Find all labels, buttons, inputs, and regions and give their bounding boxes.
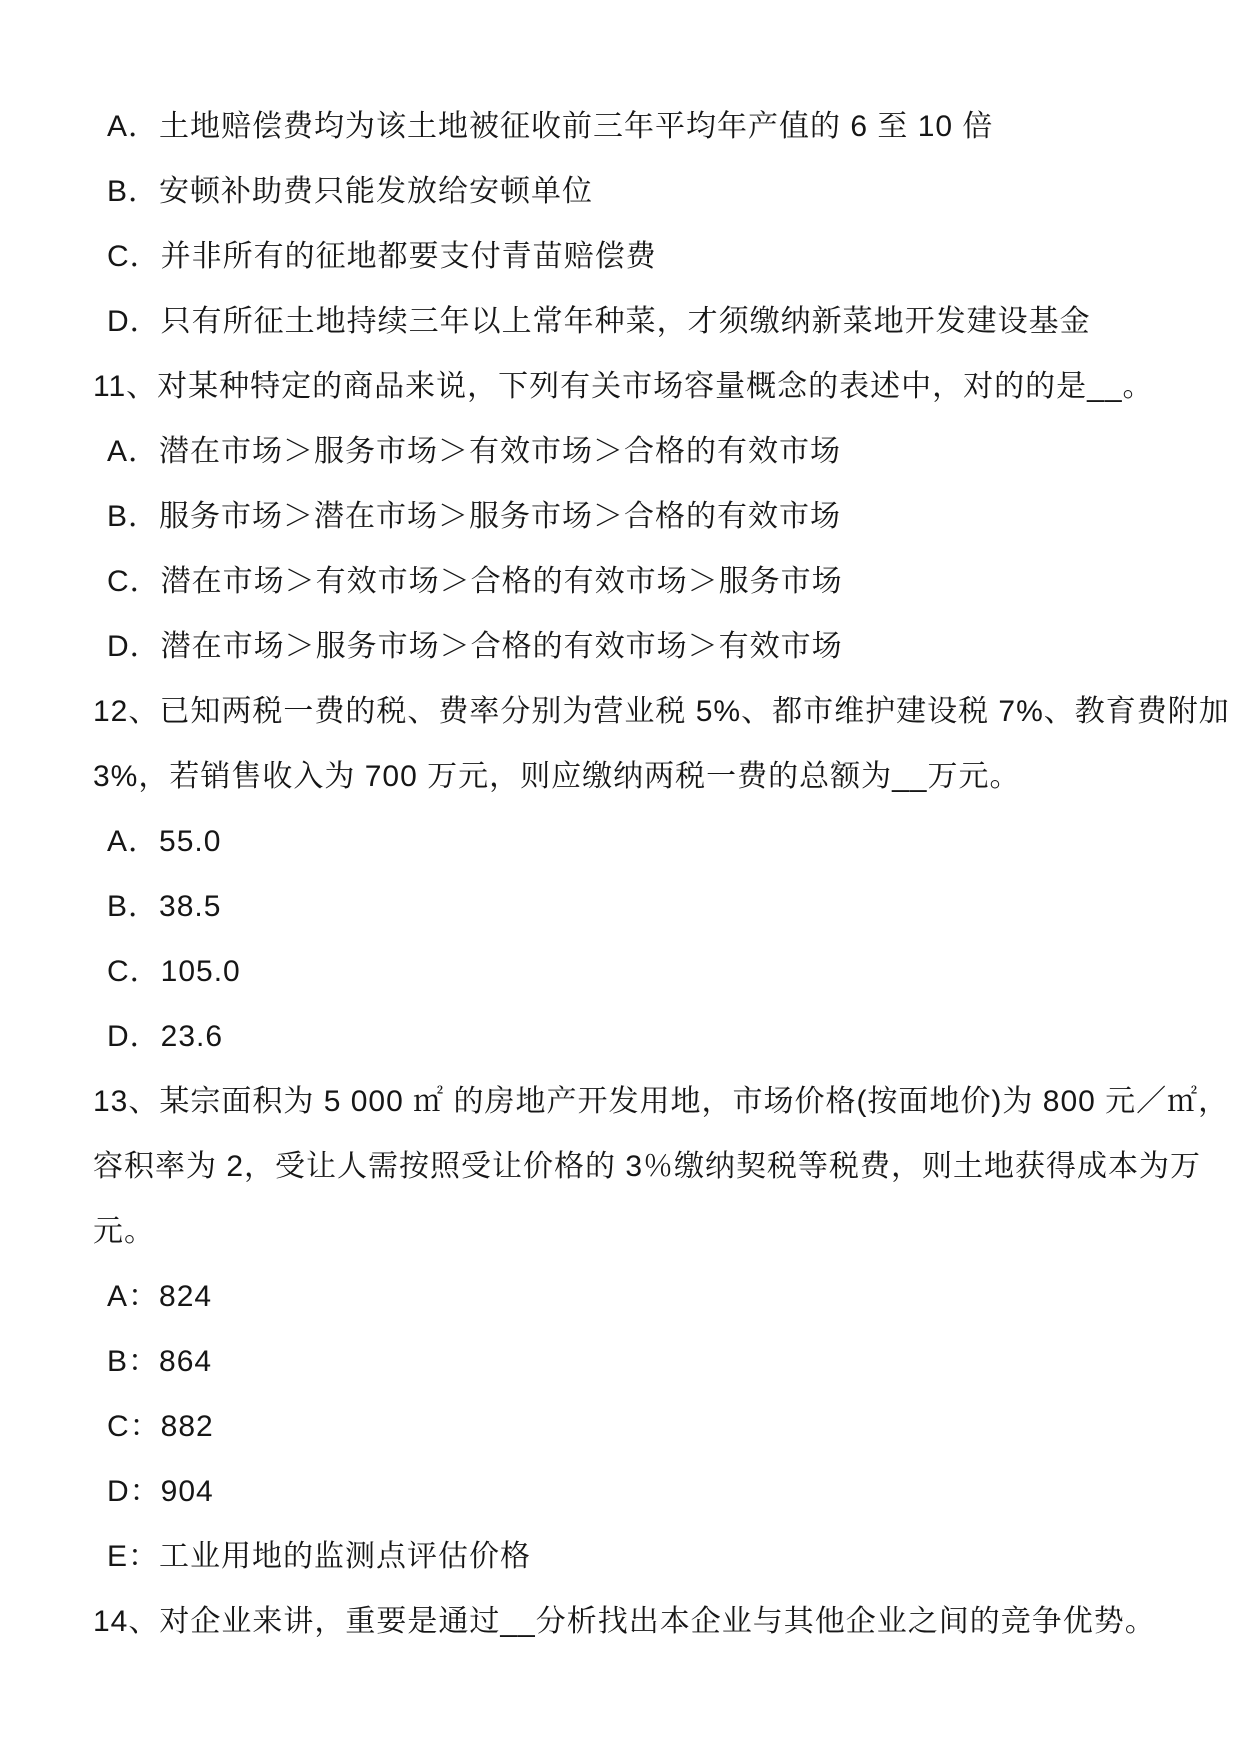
q13-stem-line-3: 元。 <box>0 1199 1240 1264</box>
q11-option-b: B．服务市场＞潜在市场＞服务市场＞合格的有效市场 <box>0 484 1240 549</box>
q13-stem-line-1: 13、某宗面积为 5 000 ㎡ 的房地产开发用地，市场价格(按面地价)为 80… <box>0 1069 1240 1134</box>
q12-option-b: B．38.5 <box>0 874 1240 939</box>
q13-option-c: C：882 <box>0 1394 1240 1459</box>
q13-option-a: A：824 <box>0 1264 1240 1329</box>
question-block-11: 11、对某种特定的商品来说，下列有关市场容量概念的表述中，对的的是__。 A．潜… <box>0 354 1240 679</box>
exam-document-page: A．土地赔偿费均为该土地被征收前三年平均年产值的 6 至 10 倍 B．安顿补助… <box>0 0 1240 1753</box>
q14-stem: 14、对企业来讲，重要是通过__分析找出本企业与其他企业之间的竞争优势。 <box>0 1589 1240 1654</box>
q13-stem-line-2: 容积率为 2，受让人需按照受让价格的 3％缴纳契税等税费，则土地获得成本为万 <box>0 1134 1240 1199</box>
q13-option-b: B：864 <box>0 1329 1240 1394</box>
q12-option-c: C．105.0 <box>0 939 1240 1004</box>
q11-stem: 11、对某种特定的商品来说，下列有关市场容量概念的表述中，对的的是__。 <box>0 354 1240 419</box>
q11-option-d: D．潜在市场＞服务市场＞合格的有效市场＞有效市场 <box>0 614 1240 679</box>
q10-option-c: C．并非所有的征地都要支付青苗赔偿费 <box>0 224 1240 289</box>
question-block-13: 13、某宗面积为 5 000 ㎡ 的房地产开发用地，市场价格(按面地价)为 80… <box>0 1069 1240 1589</box>
q12-option-a: A．55.0 <box>0 809 1240 874</box>
q12-stem-line-1: 12、已知两税一费的税、费率分别为营业税 5%、都市维护建设税 7%、教育费附加 <box>0 679 1240 744</box>
question-block-12: 12、已知两税一费的税、费率分别为营业税 5%、都市维护建设税 7%、教育费附加… <box>0 679 1240 1069</box>
q12-option-d: D．23.6 <box>0 1004 1240 1069</box>
q12-stem-line-2: 3%，若销售收入为 700 万元，则应缴纳两税一费的总额为__万元。 <box>0 744 1240 809</box>
question-block-14: 14、对企业来讲，重要是通过__分析找出本企业与其他企业之间的竞争优势。 <box>0 1589 1240 1654</box>
q10-option-a: A．土地赔偿费均为该土地被征收前三年平均年产值的 6 至 10 倍 <box>0 94 1240 159</box>
question-block-10: A．土地赔偿费均为该土地被征收前三年平均年产值的 6 至 10 倍 B．安顿补助… <box>0 94 1240 354</box>
q13-option-d: D：904 <box>0 1459 1240 1524</box>
q11-option-a: A．潜在市场＞服务市场＞有效市场＞合格的有效市场 <box>0 419 1240 484</box>
q13-option-e: E：工业用地的监测点评估价格 <box>0 1524 1240 1589</box>
q10-option-b: B．安顿补助费只能发放给安顿单位 <box>0 159 1240 224</box>
q10-option-d: D．只有所征土地持续三年以上常年种菜，才须缴纳新菜地开发建设基金 <box>0 289 1240 354</box>
q11-option-c: C．潜在市场＞有效市场＞合格的有效市场＞服务市场 <box>0 549 1240 614</box>
